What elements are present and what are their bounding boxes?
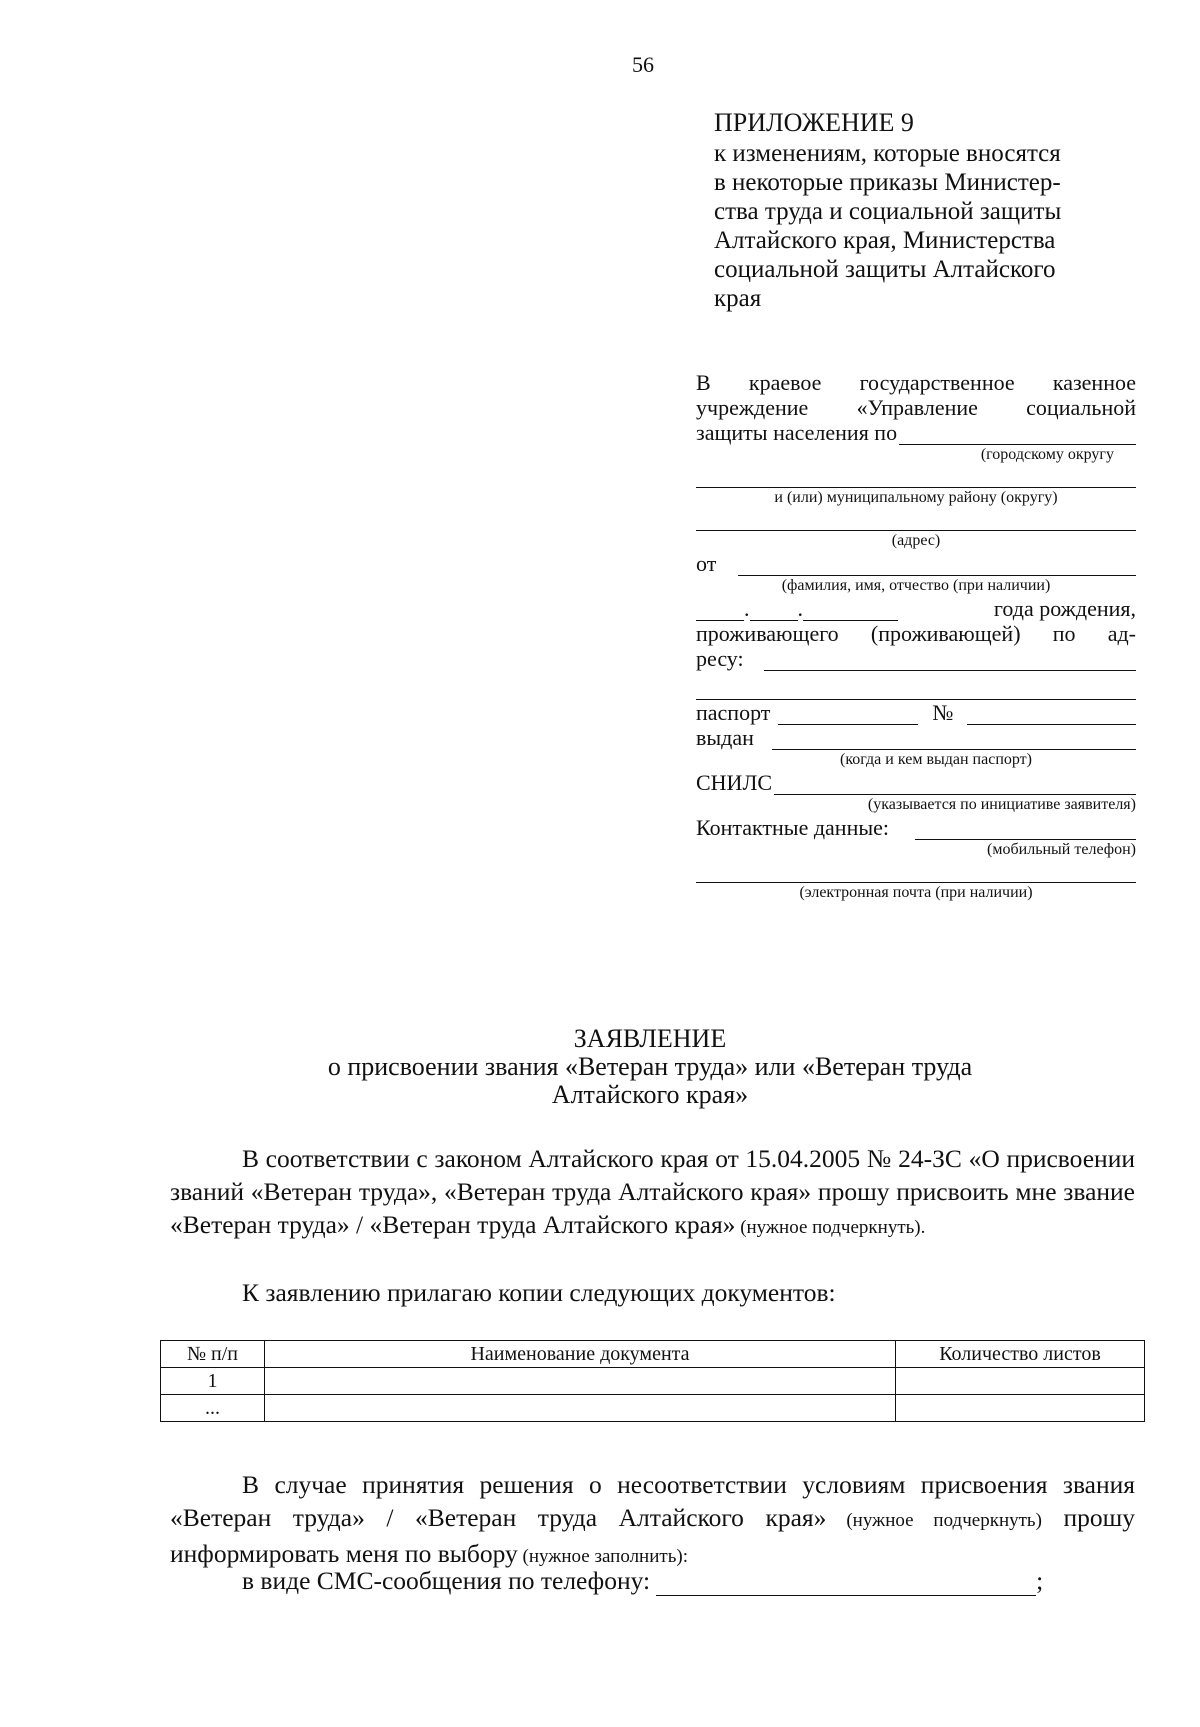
col-pages: Количество листов [896, 1341, 1145, 1368]
residing-label-2: ресу: [696, 646, 744, 671]
snils-label: СНИЛС [696, 770, 772, 795]
document-subtitle: Алтайского края» [150, 1081, 1150, 1109]
issued-label: выдан [696, 725, 754, 750]
number-label: № [932, 700, 953, 725]
addressee-block: В краевое государственное казенное учреж… [696, 370, 1136, 903]
sms-line: в виде СМС-сообщения по телефону: ; [242, 1566, 1122, 1596]
paragraph-2: В случае принятия решения о несоответств… [170, 1468, 1135, 1573]
birth-label: года рождения, [898, 596, 1136, 621]
document-title: ЗАЯВЛЕНИЕ [150, 1025, 1150, 1053]
appendix-line: к изменениям, которые вносятся [714, 139, 1154, 168]
birth-day-field[interactable] [696, 600, 744, 621]
appendix-line: края [714, 284, 1154, 313]
appendix-line: в некоторые приказы Министер- [714, 168, 1154, 197]
cell-name[interactable] [265, 1395, 896, 1422]
cell-pages[interactable] [896, 1368, 1145, 1395]
sms-label: в виде СМС-сообщения по телефону: [242, 1566, 650, 1596]
address-field[interactable] [696, 508, 1136, 531]
passport-series-field[interactable] [778, 704, 918, 725]
issued-field[interactable] [772, 729, 1136, 750]
addressee-line: учреждение «Управление социальной [696, 395, 1136, 420]
table-row: ... [161, 1395, 1145, 1422]
hint-district: и (или) муниципальному району (округу) [696, 488, 1136, 508]
birth-month-field[interactable] [750, 600, 798, 621]
phone-field[interactable] [915, 819, 1136, 840]
table-row: 1 [161, 1368, 1145, 1395]
city-field[interactable] [899, 424, 1136, 445]
col-number: № п/п [161, 1341, 265, 1368]
hint-email: (электронная почта (при наличии) [696, 883, 1136, 903]
cell-number: ... [161, 1395, 265, 1422]
residence-field[interactable] [764, 650, 1136, 671]
cell-number: 1 [161, 1368, 265, 1395]
appendix-line: Алтайского края, Министерства [714, 226, 1154, 255]
document-subtitle: о присвоении звания «Ветеран труда» или … [150, 1053, 1150, 1081]
paragraph-1-note: (нужное подчеркнуть). [735, 1217, 925, 1238]
sms-end: ; [1036, 1566, 1043, 1596]
attachments-intro: К заявлению прилагаю копии следующих док… [170, 1276, 1135, 1309]
appendix-title: ПРИЛОЖЕНИЕ 9 [714, 108, 1154, 137]
appendix-block: ПРИЛОЖЕНИЕ 9 к изменениям, которые внося… [714, 108, 1154, 313]
hint-snils: (указывается по инициативе заявителя) [696, 795, 1136, 815]
table-header-row: № п/п Наименование документа Количество … [161, 1341, 1145, 1368]
paragraph-2-note-2: (нужное заполнить): [518, 1546, 688, 1567]
document-heading: ЗАЯВЛЕНИЕ о присвоении звания «Ветеран т… [150, 1025, 1150, 1109]
addressee-line: защиты населения по [696, 420, 897, 445]
paragraph-1: В соответствии с законом Алтайского края… [170, 1142, 1135, 1244]
residing-label: проживающего (проживающей) по ад- [696, 621, 1136, 646]
hint-address: (адрес) [696, 531, 1136, 551]
paragraph-1-text: В соответствии с законом Алтайского края… [170, 1144, 1135, 1239]
documents-table: № п/п Наименование документа Количество … [160, 1340, 1145, 1422]
sms-phone-field[interactable] [656, 1571, 1036, 1596]
hint-issued: (когда и кем выдан паспорт) [696, 750, 1136, 770]
appendix-line: ства труда и социальной защиты [714, 197, 1154, 226]
from-label: от [696, 551, 716, 576]
hint-city: (городскому округу [696, 445, 1136, 465]
cell-pages[interactable] [896, 1395, 1145, 1422]
snils-field[interactable] [774, 774, 1136, 795]
cell-name[interactable] [265, 1368, 896, 1395]
hint-fio: (фамилия, имя, отчество (при наличии) [696, 576, 1136, 596]
residence-field-2[interactable] [696, 671, 1136, 700]
district-field[interactable] [696, 465, 1136, 488]
passport-label: паспорт [696, 700, 770, 725]
birth-year-field[interactable] [803, 600, 898, 621]
appendix-line: социальной защиты Алтайского [714, 255, 1154, 284]
addressee-line: В краевое государственное казенное [696, 370, 1136, 395]
passport-number-field[interactable] [967, 704, 1136, 725]
page-number: 56 [632, 52, 654, 78]
col-name: Наименование документа [265, 1341, 896, 1368]
contacts-label: Контактные данные: [696, 815, 889, 840]
hint-phone: (мобильный телефон) [696, 840, 1136, 860]
fio-field[interactable] [738, 555, 1136, 576]
email-field[interactable] [696, 860, 1136, 883]
paragraph-2-note: (нужное подчеркнуть) [826, 1510, 1042, 1531]
